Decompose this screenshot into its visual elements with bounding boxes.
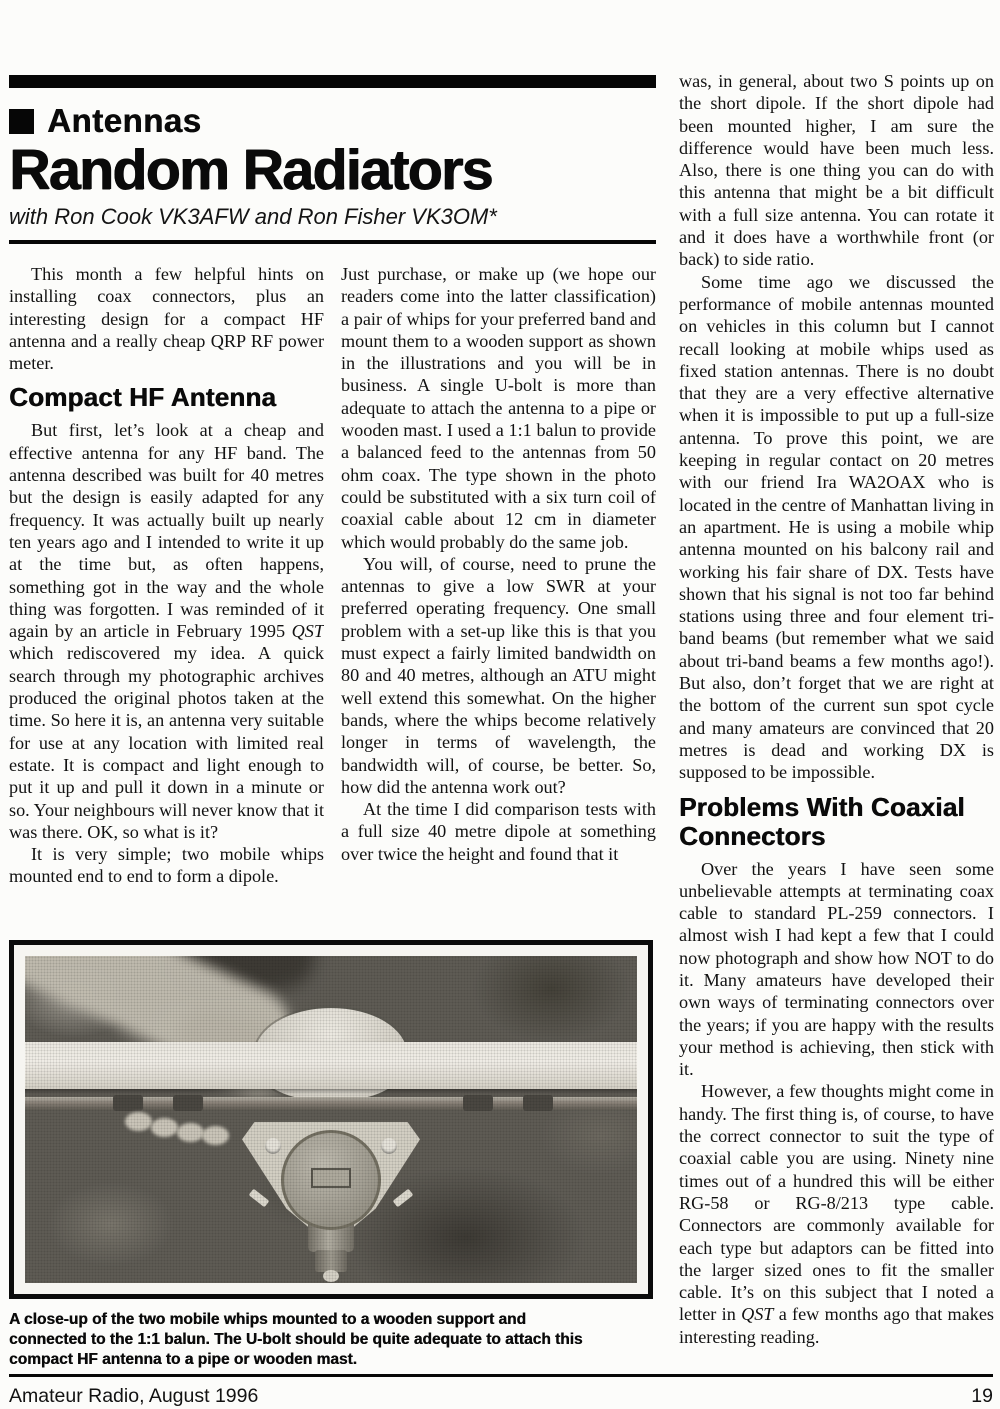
page-footer: Amateur Radio, August 1996 19: [9, 1374, 993, 1408]
qst-italic: QST: [292, 621, 324, 641]
byline-rule: [9, 240, 656, 244]
qst-italic: QST: [741, 1304, 773, 1324]
section-header: Antennas: [9, 103, 656, 139]
photo-caption: A close-up of the two mobile whips mount…: [9, 1310, 656, 1370]
paragraph: But first, let’s look at a cheap and eff…: [9, 419, 324, 843]
left-block: Antennas Random Radiators with Ron Cook …: [9, 75, 656, 1370]
photo-caption-line: connected to the 1:1 balun. The U-bolt s…: [9, 1330, 656, 1350]
text-columns: This month a few helpful hints on instal…: [9, 263, 656, 932]
footer-page-number: 19: [971, 1385, 993, 1408]
column-3: was, in general, about two S points up o…: [679, 70, 994, 1372]
subheading-problems-with-coaxial-connectors: Problems With Coaxial Connectors: [679, 793, 994, 851]
photo-halftone-overlay: [25, 956, 637, 1283]
paragraph: At the time I did comparison tests with …: [341, 798, 656, 865]
paragraph: Over the years I have seen some unbeliev…: [679, 858, 994, 1081]
page-title: Random Radiators: [9, 142, 656, 199]
subheading-compact-hf-antenna: Compact HF Antenna: [9, 383, 324, 412]
photo-caption-line: A close-up of the two mobile whips mount…: [9, 1310, 656, 1330]
paragraph-text: However, a few thoughts might come in ha…: [679, 1081, 994, 1324]
antenna-photo: [9, 940, 653, 1299]
paragraph-text: But first, let’s look at a cheap and eff…: [9, 420, 324, 641]
column-2: Just purchase, or make up (we hope our r…: [341, 263, 656, 932]
section-square-icon: [9, 109, 34, 134]
paragraph: It is very simple; two mobile whips moun…: [9, 843, 324, 888]
paragraph: Just purchase, or make up (we hope our r…: [341, 263, 656, 553]
paragraph: This month a few helpful hints on instal…: [9, 263, 324, 374]
footer-journal: Amateur Radio, August 1996: [9, 1385, 258, 1408]
photo-caption-line: compact HF antenna to a pipe or wooden m…: [9, 1350, 656, 1370]
paragraph: However, a few thoughts might come in ha…: [679, 1080, 994, 1348]
byline: with Ron Cook VK3AFW and Ron Fisher VK3O…: [9, 204, 656, 230]
magazine-page: Antennas Random Radiators with Ron Cook …: [0, 0, 1000, 1409]
paragraph-text: which rediscovered my idea. A quick sear…: [9, 643, 324, 841]
paragraph: You will, of course, need to prune the a…: [341, 553, 656, 798]
paragraph: Some time ago we discussed the performan…: [679, 271, 994, 784]
section-label: Antennas: [47, 103, 201, 139]
column-1: This month a few helpful hints on instal…: [9, 263, 324, 932]
antenna-photo-image: [25, 956, 637, 1283]
masthead-top-bar: [9, 75, 656, 88]
paragraph: was, in general, about two S points up o…: [679, 70, 994, 271]
